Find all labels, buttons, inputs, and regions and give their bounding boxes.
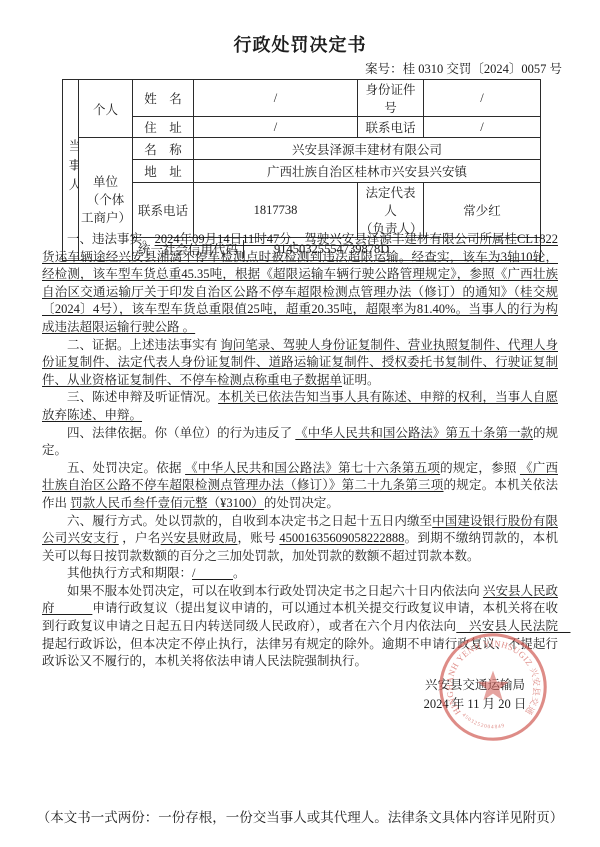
body-paragraph: 其他执行方式和期限：/ 。 [42, 565, 558, 583]
person-address-value: / [194, 117, 358, 138]
signature-block: 兴安县交通运输局 2024 年 11 月 20 日 [405, 676, 545, 714]
body-paragraph: 如果不服本处罚决定，可以在收到本行政处罚决定书之日起六十日内依法向 兴安县人民政… [42, 583, 558, 671]
body-paragraph: 五、处罚决定。依据 《中华人民共和国公路法》第七十六条第五项的规定，参照 《广西… [42, 460, 558, 513]
unit-group-label-line3: 工商户） [81, 208, 130, 226]
case-number: 案号：桂 0310 交罚〔2024〕0057 号 [365, 59, 562, 77]
person-name-label: 姓 名 [133, 80, 194, 117]
body-paragraph: 二、证据。上述违法事实有 询问笔录、驾驶人身份证复制件、营业执照复制件、代理人身… [42, 337, 558, 390]
person-phone-label: 联系电话 [358, 117, 424, 138]
legal-rep-value: 常少红 [424, 183, 541, 238]
body-paragraph: 三、陈述申辩及听证情况。本机关已依法告知当事人具有陈述、申辩的权利，当事人自愿放… [42, 389, 558, 424]
person-phone-value: / [424, 117, 541, 138]
seal-code-text: 4503252004849 [461, 712, 506, 730]
body-paragraph: 四、法律依据。你（单位）的行为违反了 《中华人民共和国公路法》第五十条第一款的规… [42, 425, 558, 460]
unit-name-value: 兴安县泽源丰建材有限公司 [194, 138, 541, 160]
unit-phone-label: 联系电话 [133, 183, 194, 238]
document-title: 行政处罚决定书 [0, 31, 600, 57]
legal-rep-label-line1: 法定代表人 [360, 183, 421, 219]
person-group-cell: 个人 [79, 80, 133, 138]
person-name-value: / [194, 80, 358, 117]
issuing-agency: 兴安县交通运输局 [405, 676, 545, 695]
decision-date: 2024 年 11 月 20 日 [405, 695, 545, 714]
party-label: 当事人 [65, 139, 79, 198]
person-id-label: 身份证件号 [358, 80, 424, 117]
body-paragraph: 六、履行方式。处以罚款的，自收到本决定书之日起十五日内缴至中国建设银行股份有限公… [42, 513, 558, 566]
legal-rep-label: 法定代表人 （负责人） [358, 183, 424, 238]
footer-note: （本文书一式两份：一份存根，一份交当事人或其代理人。法律条文具体内容详见附页） [0, 806, 600, 826]
unit-address-value: 广西壮族自治区桂林市兴安县兴安镇 [194, 160, 541, 183]
body-text: 一、违法事实。2024年09月14日11时47分，驾驶兴安县泽源丰建材有限公司所… [42, 231, 558, 671]
unit-phone-value: 1817738 [194, 183, 358, 238]
unit-group-label-line1: 单位 [81, 172, 130, 190]
unit-name-label: 名 称 [133, 138, 194, 160]
unit-address-label: 地 址 [133, 160, 194, 183]
penalty-decision-document: 行政处罚决定书 案号：桂 0310 交罚〔2024〕0057 号 当事人 个人 … [0, 0, 600, 847]
person-id-value: / [424, 80, 541, 117]
unit-group-label-line2: （个体 [81, 190, 130, 208]
person-address-label: 住 址 [133, 117, 194, 138]
body-paragraph: 一、违法事实。2024年09月14日11时47分，驾驶兴安县泽源丰建材有限公司所… [42, 231, 558, 337]
